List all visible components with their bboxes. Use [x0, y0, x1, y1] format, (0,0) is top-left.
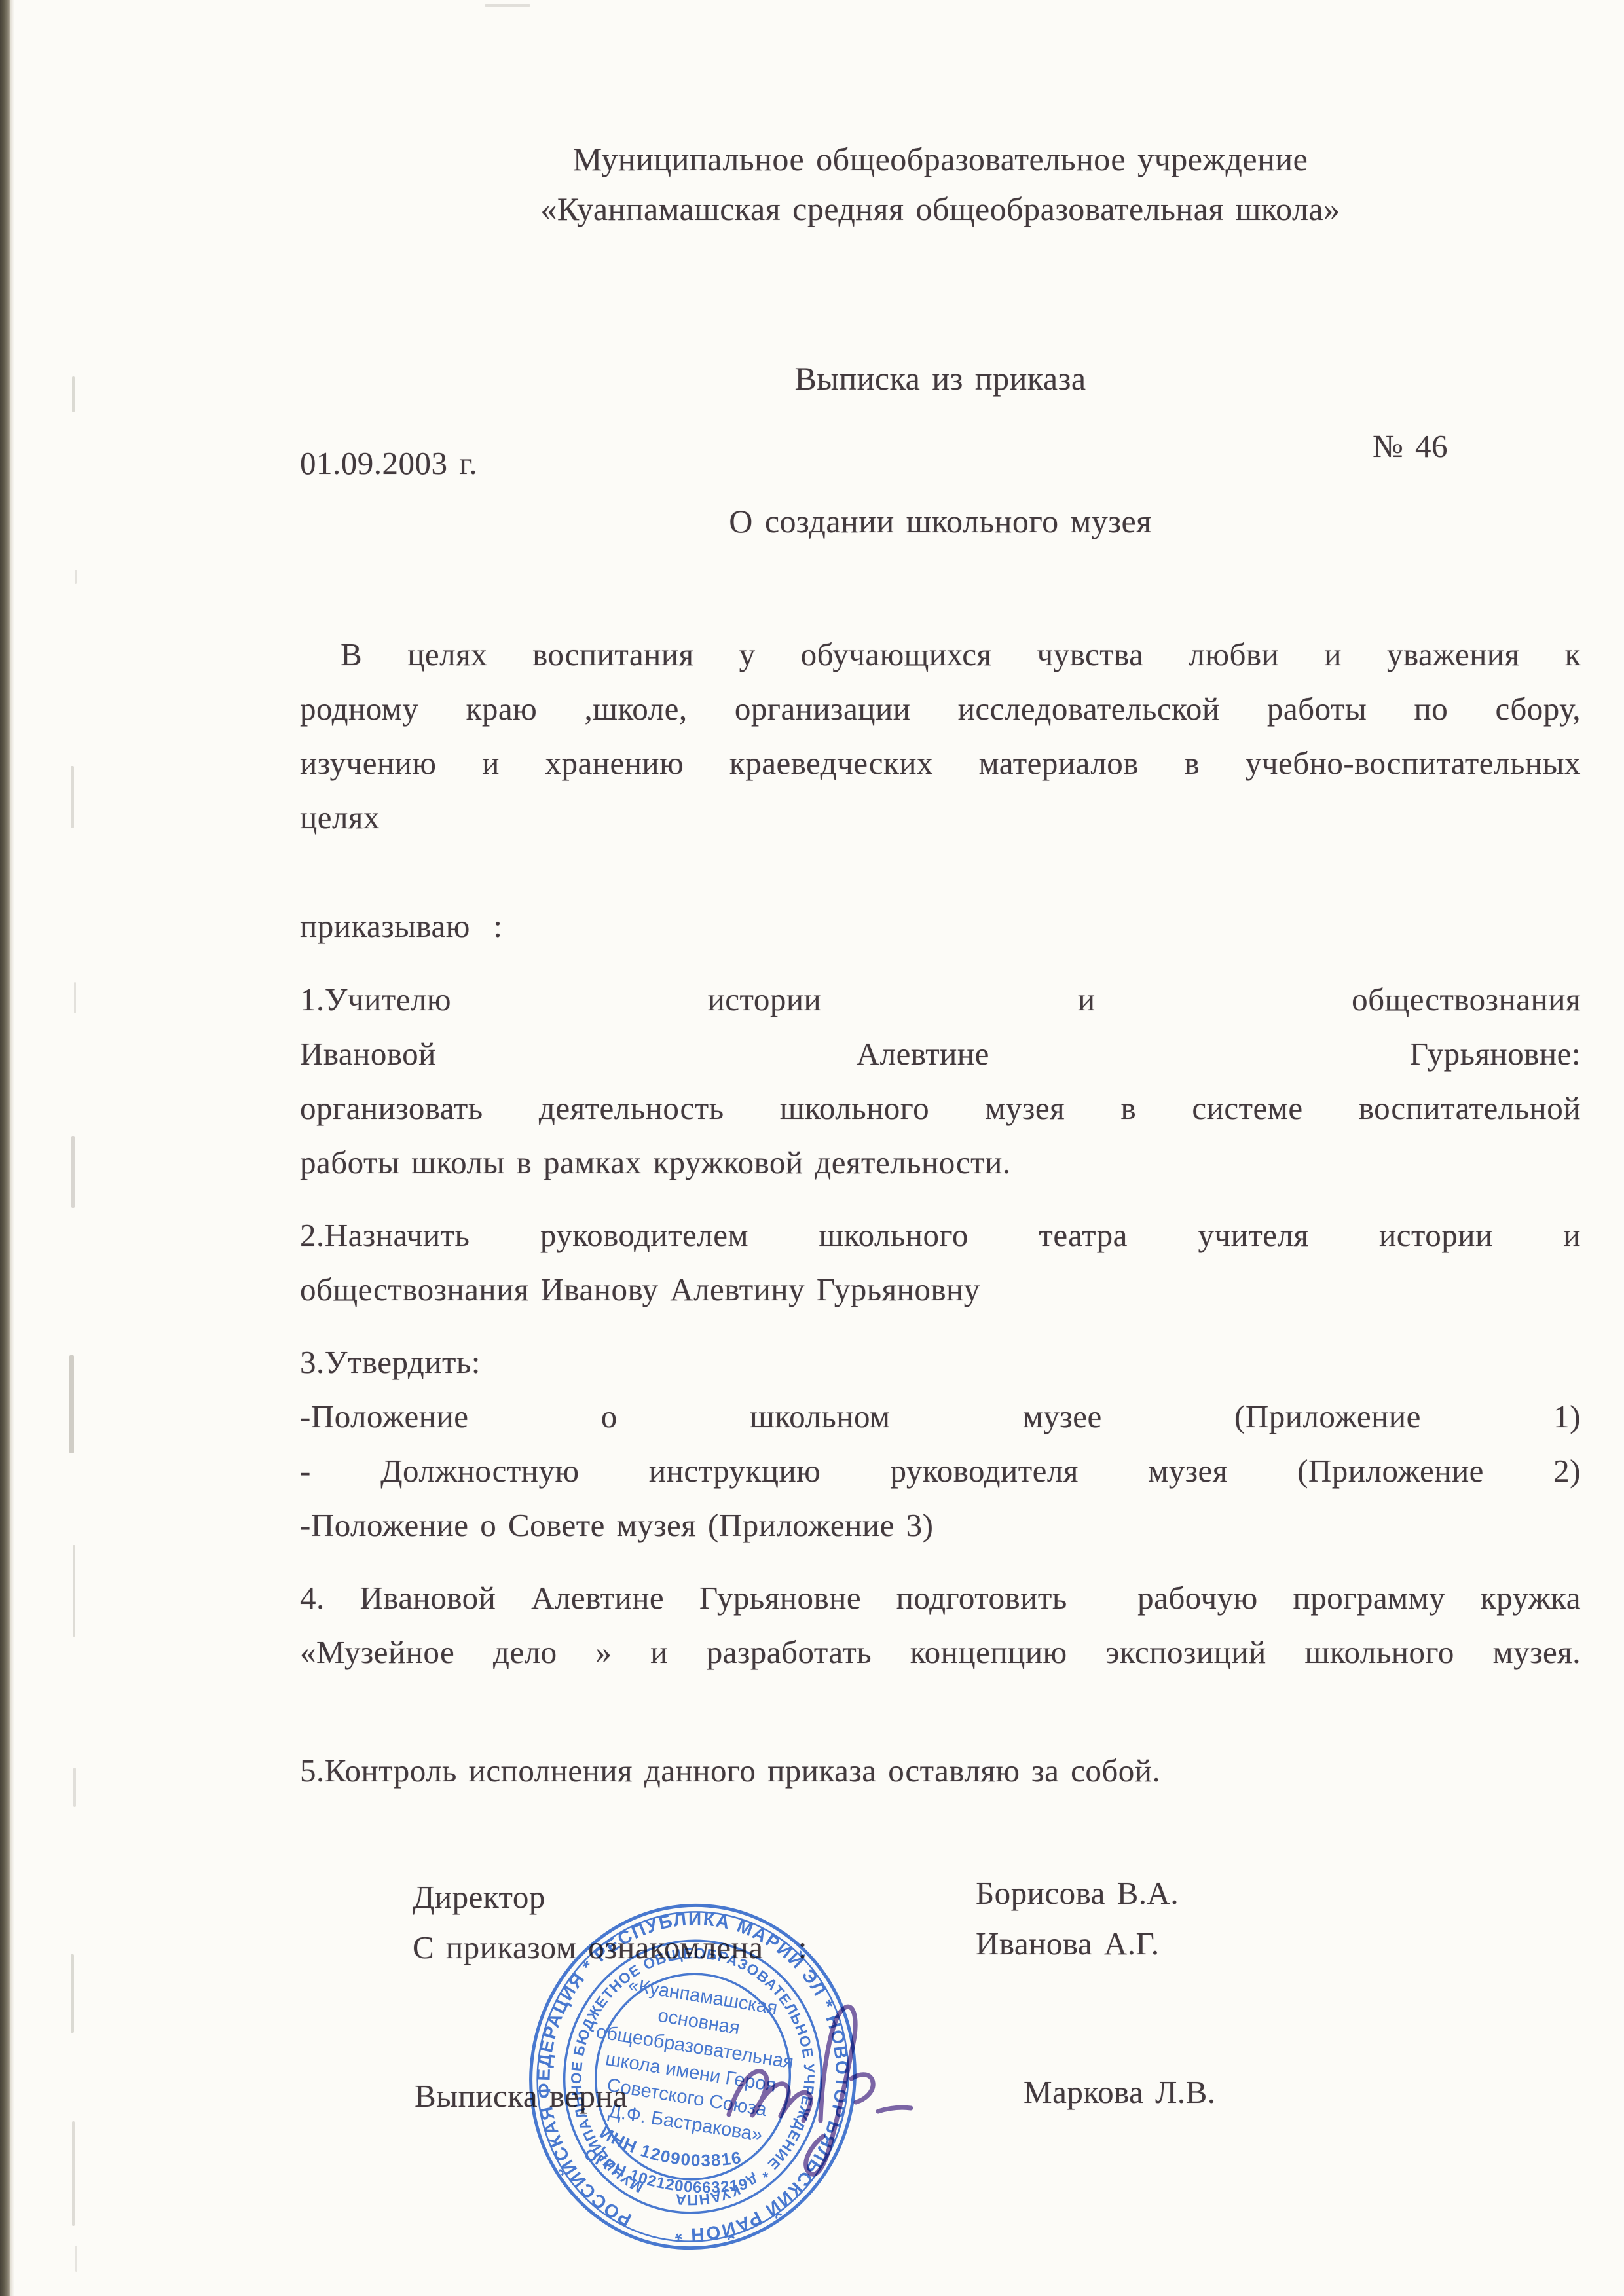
intro-paragraph: В целях воспитания у обучающихся чувства… [300, 627, 1581, 845]
paragraph-line: -Положение о школьном музее (Приложение … [300, 1389, 1581, 1444]
paragraph-line: 4. Ивановой Алевтине Гурьяновне подготов… [300, 1571, 1581, 1625]
paragraph-line: 5.Контроль исполнения данного приказа ос… [300, 1743, 1581, 1798]
paragraph-line: работы школы в рамках кружковой деятельн… [300, 1135, 1581, 1190]
paragraph-line: - Должностную инструкцию руководителя му… [300, 1444, 1581, 1498]
scanned-document-page: Муниципальное общеобразовательное учрежд… [0, 0, 1624, 2296]
order-item-5: 5.Контроль исполнения данного приказа ос… [300, 1743, 1581, 1798]
signature-stroke [806, 2007, 855, 2174]
acknowledged-name: Иванова А.Г. [976, 1924, 1160, 1963]
org-name-line2: «Куанпамашская средняя общеобразовательн… [300, 184, 1581, 234]
order-item-2: 2.Назначить руководителем школьного теат… [300, 1208, 1581, 1317]
doc-title: Выписка из приказа [300, 354, 1581, 403]
org-name-line1: Муниципальное общеобразовательное учрежд… [300, 134, 1581, 184]
paragraph-line: 2.Назначить руководителем школьного теат… [300, 1208, 1581, 1262]
doc-title-text: Выписка из приказа [300, 354, 1581, 403]
paragraph-line: Ивановой Алевтине Гурьяновне: [300, 1027, 1581, 1081]
order-date: 01.09.2003 г. [300, 444, 477, 483]
paragraph-line: организовать деятельность школьного музе… [300, 1081, 1581, 1135]
paragraph-line: «Музейное дело » и разработать концепцию… [300, 1625, 1581, 1679]
order-item-1: 1.Учителю истории и обществознания Ивано… [300, 972, 1581, 1190]
order-subject: О создании школьного музея [300, 496, 1581, 546]
paragraph-line: 1.Учителю истории и обществознания [300, 972, 1581, 1027]
org-header: Муниципальное общеобразовательное учрежд… [300, 134, 1581, 234]
signature-stroke [729, 2071, 811, 2121]
order-item-3: 3.Утвердить: -Положение о школьном музее… [300, 1335, 1581, 1552]
paragraph-line: В целях воспитания у обучающихся чувства… [300, 627, 1581, 682]
paragraph-line: родному краю ,школе, организации исследо… [300, 682, 1581, 736]
paragraph-line: обществознания Иванову Алевтину Гурьянов… [300, 1262, 1581, 1317]
order-item-4: 4. Ивановой Алевтине Гурьяновне подготов… [300, 1571, 1581, 1679]
copy-correct-name: Маркова Л.В. [1024, 2073, 1216, 2112]
director-name: Борисова В.А. [976, 1874, 1179, 1913]
order-subject-text: О создании школьного музея [300, 496, 1581, 546]
signature-stroke [851, 2075, 911, 2111]
paragraph-line: 3.Утвердить: [300, 1335, 1581, 1389]
order-word: приказываю : [300, 899, 1581, 953]
handwritten-signature [717, 1980, 933, 2196]
order-number: № 46 [1373, 427, 1448, 466]
paragraph-line: изучению и хранению краеведческих матери… [300, 736, 1581, 790]
paragraph-line: -Положение о Совете музея (Приложение 3) [300, 1498, 1581, 1552]
order-word-text: приказываю : [300, 899, 1581, 953]
paragraph-line: целях [300, 790, 1581, 845]
